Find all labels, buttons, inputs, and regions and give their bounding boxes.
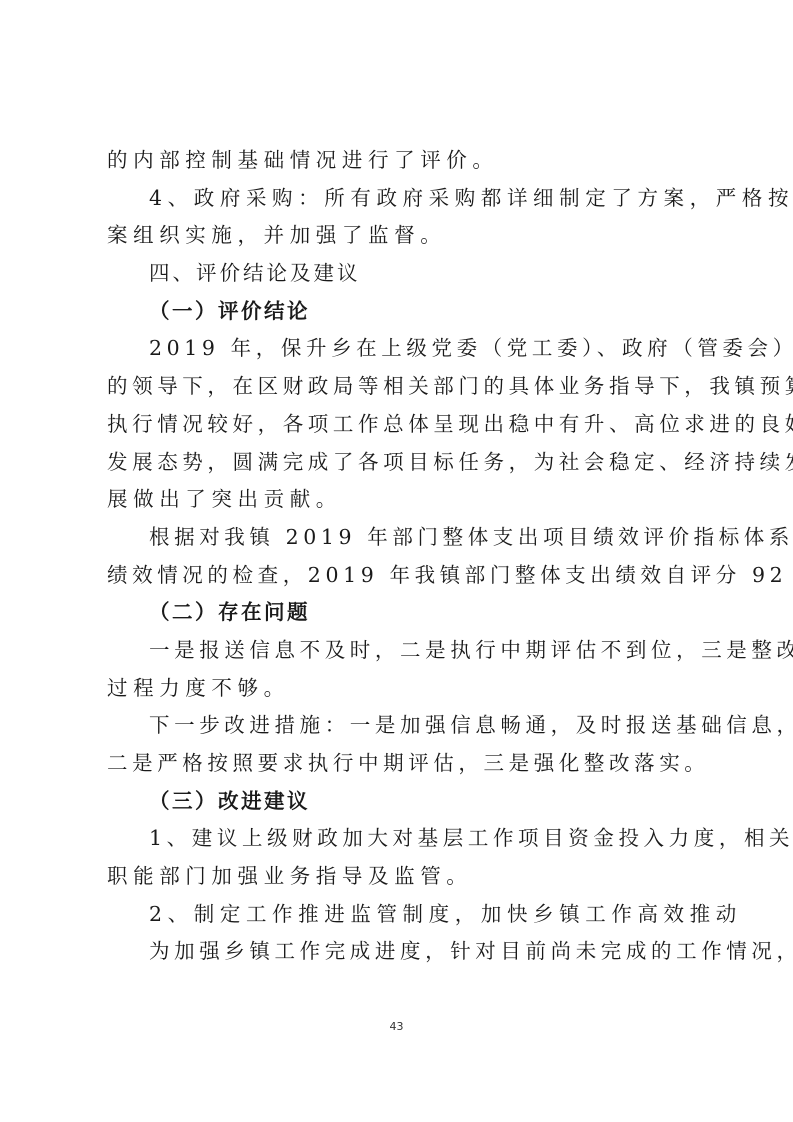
subsection-heading: （一）评价结论 [107, 293, 689, 331]
document-body: 的内部控制基础情况进行了评价。 4、政府采购：所有政府采购都详细制定了方案，严格… [107, 142, 689, 971]
paragraph-line: 一是报送信息不及时，二是执行中期评估不到位，三是整改 [107, 632, 689, 670]
paragraph-line: 绩效情况的检查，2019 年我镇部门整体支出绩效自评分 92 分。 [107, 557, 689, 595]
paragraph-line: 4、政府采购：所有政府采购都详细制定了方案，严格按方 [107, 180, 689, 218]
paragraph-line: 的领导下，在区财政局等相关部门的具体业务指导下，我镇预算 [107, 368, 689, 406]
paragraph-line: 过程力度不够。 [107, 670, 689, 708]
paragraph-line: 职能部门加强业务指导及监管。 [107, 858, 689, 896]
paragraph-line: 展做出了突出贡献。 [107, 481, 689, 519]
paragraph-line: 执行情况较好，各项工作总体呈现出稳中有升、高位求进的良好 [107, 406, 689, 444]
page-number: 43 [0, 1020, 793, 1033]
paragraph-line: 的内部控制基础情况进行了评价。 [107, 142, 689, 180]
paragraph-line: 发展态势，圆满完成了各项目标任务，为社会稳定、经济持续发 [107, 444, 689, 482]
paragraph-line: 下一步改进措施：一是加强信息畅通，及时报送基础信息， [107, 707, 689, 745]
paragraph-line: 二是严格按照要求执行中期评估，三是强化整改落实。 [107, 745, 689, 783]
paragraph-line: 2019 年，保升乡在上级党委（党工委）、政府（管委会） [107, 330, 689, 368]
subsection-heading: （二）存在问题 [107, 594, 689, 632]
paragraph-line: 根据对我镇 2019 年部门整体支出项目绩效评价指标体系和 [107, 519, 689, 557]
paragraph-line: 为加强乡镇工作完成进度，针对目前尚未完成的工作情况， [107, 933, 689, 971]
paragraph-line: 案组织实施，并加强了监督。 [107, 217, 689, 255]
section-heading: 四、评价结论及建议 [107, 255, 689, 293]
paragraph-line: 1、建议上级财政加大对基层工作项目资金投入力度，相关 [107, 820, 689, 858]
subsection-heading: （三）改进建议 [107, 783, 689, 821]
paragraph-line: 2、制定工作推进监管制度，加快乡镇工作高效推动 [107, 896, 689, 934]
